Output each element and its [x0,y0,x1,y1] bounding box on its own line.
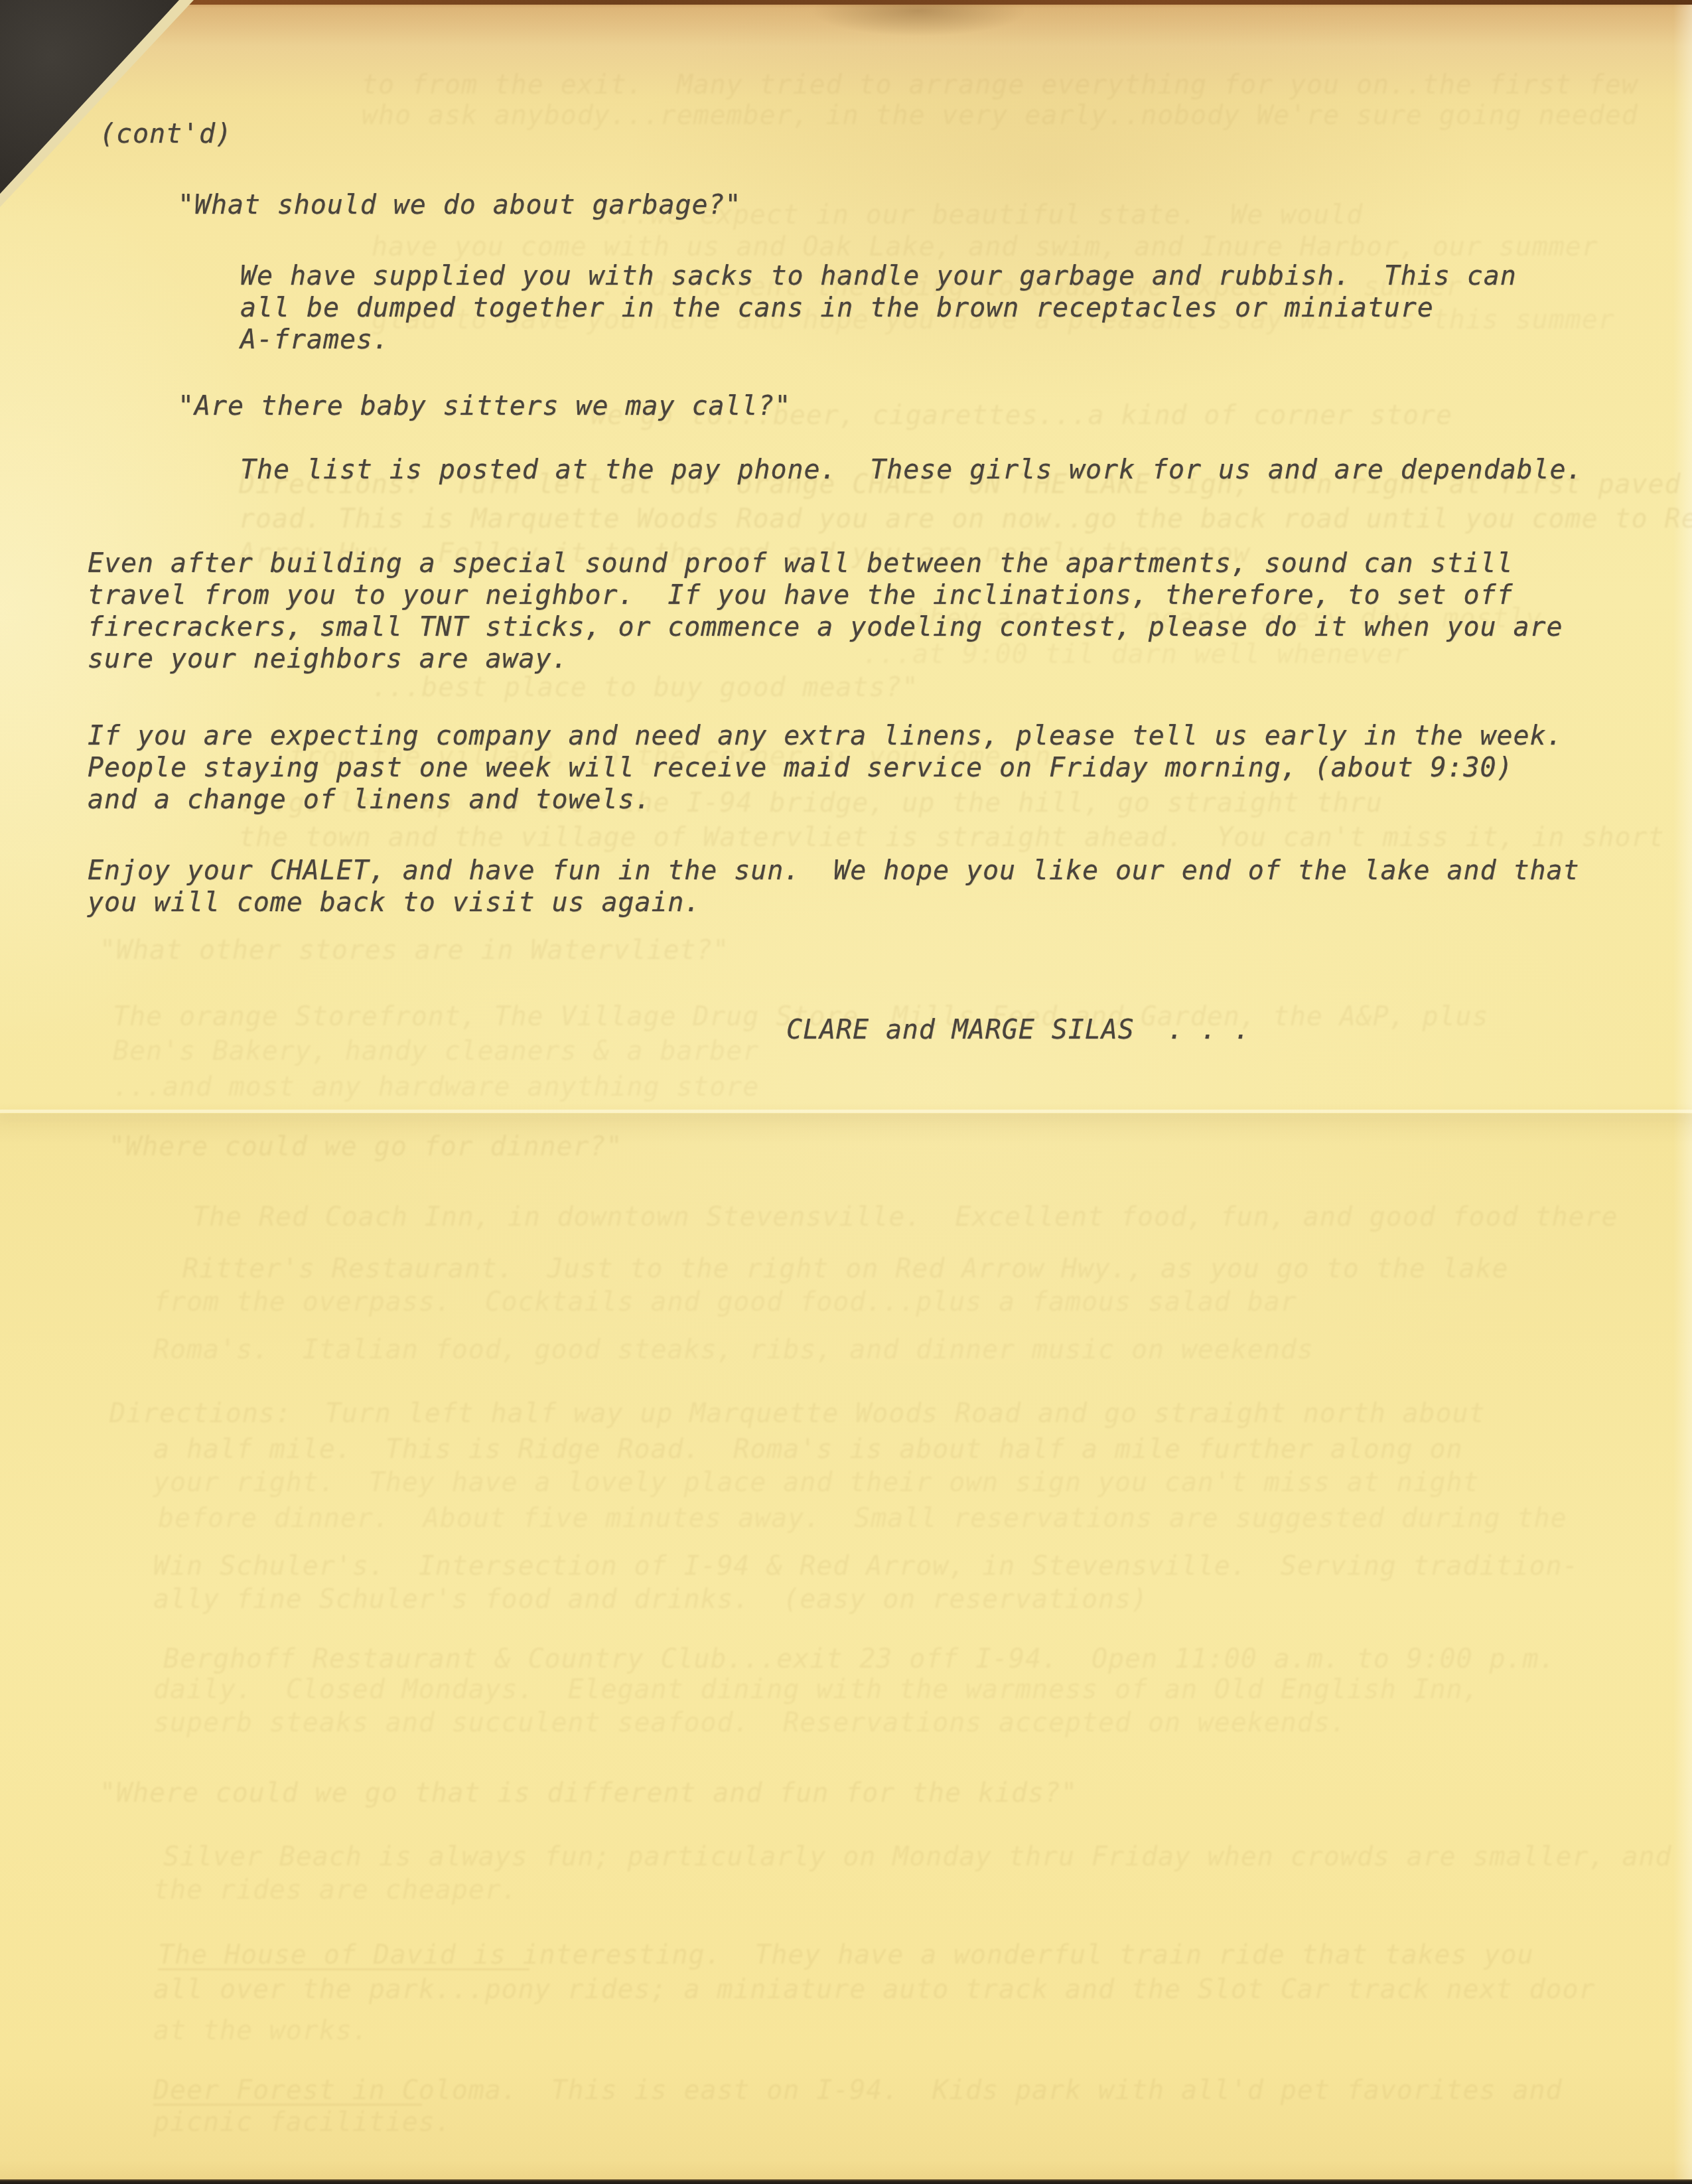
ghost-line: superb steaks and succulent seafood. Res… [153,1707,1347,1739]
closing-paragraph-line-2: you will come back to visit us again. [88,887,701,918]
ghost-line: ...at 9:00 til darn well whenever [863,638,1409,670]
continuation-marker: (cont'd) [100,118,232,150]
ghost-line: at the works. [153,2015,369,2047]
ghost-line: picnic facilities. [153,2106,452,2138]
ghost-line: Roma's. Italian food, good steaks, ribs,… [153,1334,1314,1366]
ghost-line: have you come with us and Oak Lake, and … [372,231,1598,263]
ghost-line: daily. Closed Mondays. Elegant dining wi… [153,1674,1480,1706]
ghost-line: ...best place to buy good meats?" [372,672,918,703]
ghost-line: all over the park...pony rides; a miniat… [153,1974,1595,2005]
paper-fold-shadow [0,1114,1692,1144]
soundproof-paragraph-line-4: sure your neighbors are away. [88,643,568,675]
ghost-line: road. This is Marquette Woods Road you a… [239,503,1692,535]
ghost-line: Ritter's Restaurant. Just to the right o… [182,1253,1509,1285]
ghost-line: a half mile. This is Ridge Road. Roma's … [153,1433,1463,1465]
ghost-underline [153,2104,422,2106]
scan-bottom-edge [0,2179,1692,2184]
ghost-line: ally fine Schuler's food and drinks. (ea… [153,1583,1148,1615]
soundproof-paragraph-line-3: firecrackers, small TNT sticks, or comme… [88,611,1563,643]
ghost-line: Directions: Turn left half way up Marque… [109,1398,1486,1429]
answer-garbage-line-2: all be dumped together in the cans in th… [240,292,1434,324]
ghost-line: "Where could we go that is different and… [100,1777,1078,1809]
ghost-line: The Red Coach Inn, in downtown Stevensvi… [192,1201,1618,1233]
linens-paragraph-line-2: People staying past one week will receiv… [88,752,1513,784]
answer-babysitters-line-1: The list is posted at the pay phone. The… [240,454,1583,486]
paper-fold-crease [0,1110,1692,1113]
ghost-line: Deer Forest in Coloma. This is east on I… [153,2075,1562,2106]
scanned-letter-page: to from the exit. Many tried to arrange … [0,0,1692,2184]
question-garbage: "What should we do about garbage?" [178,189,741,221]
ghost-underline [158,1968,529,1970]
ghost-line: Berghoff Restaurant & Country Club...exi… [163,1643,1556,1675]
linens-paragraph-line-1: If you are expecting company and need an… [88,720,1563,752]
soundproof-paragraph-line-2: travel from you to your neighbor. If you… [88,579,1513,611]
ghost-line: the town and the village of Watervliet i… [239,822,1664,853]
answer-garbage-line-3: A-frames. [240,324,389,356]
ghost-line: who ask anybody...remember, in the very … [362,100,1638,131]
ghost-line: The House of David is interesting. They … [158,1939,1534,1971]
ghost-line: Ben's Bakery, handy cleaners & a barber [113,1035,759,1067]
answer-garbage-line-1: We have supplied you with sacks to handl… [240,260,1517,292]
linens-paragraph-line-3: and a change of linens and towels. [88,784,651,816]
question-babysitters: "Are there baby sitters we may call?" [178,390,791,422]
signature: CLARE and MARGE SILAS . . . [786,1014,1251,1046]
ghost-line: to from the exit. Many tried to arrange … [362,69,1638,101]
ghost-line: before dinner. About five minutes away. … [158,1502,1567,1534]
ghost-line: from the overpass. Cocktails and good fo… [153,1286,1297,1318]
ghost-line: the rides are cheaper. [153,1874,518,1906]
ghost-line: "What other stores are in Watervliet?" [100,934,729,966]
soundproof-paragraph-line-1: Even after building a special sound proo… [88,547,1513,579]
ghost-line: ...and most any hardware anything store [113,1071,759,1103]
ghost-line: Win Schuler's. Intersection of I-94 & Re… [153,1550,1579,1582]
closing-paragraph-line-1: Enjoy your CHALET, and have fun in the s… [88,855,1579,887]
ghost-line: Silver Beach is always fun; particularly… [163,1841,1671,1873]
ghost-line: your right. They have a lovely place and… [153,1467,1480,1498]
scan-top-edge [158,0,1692,5]
